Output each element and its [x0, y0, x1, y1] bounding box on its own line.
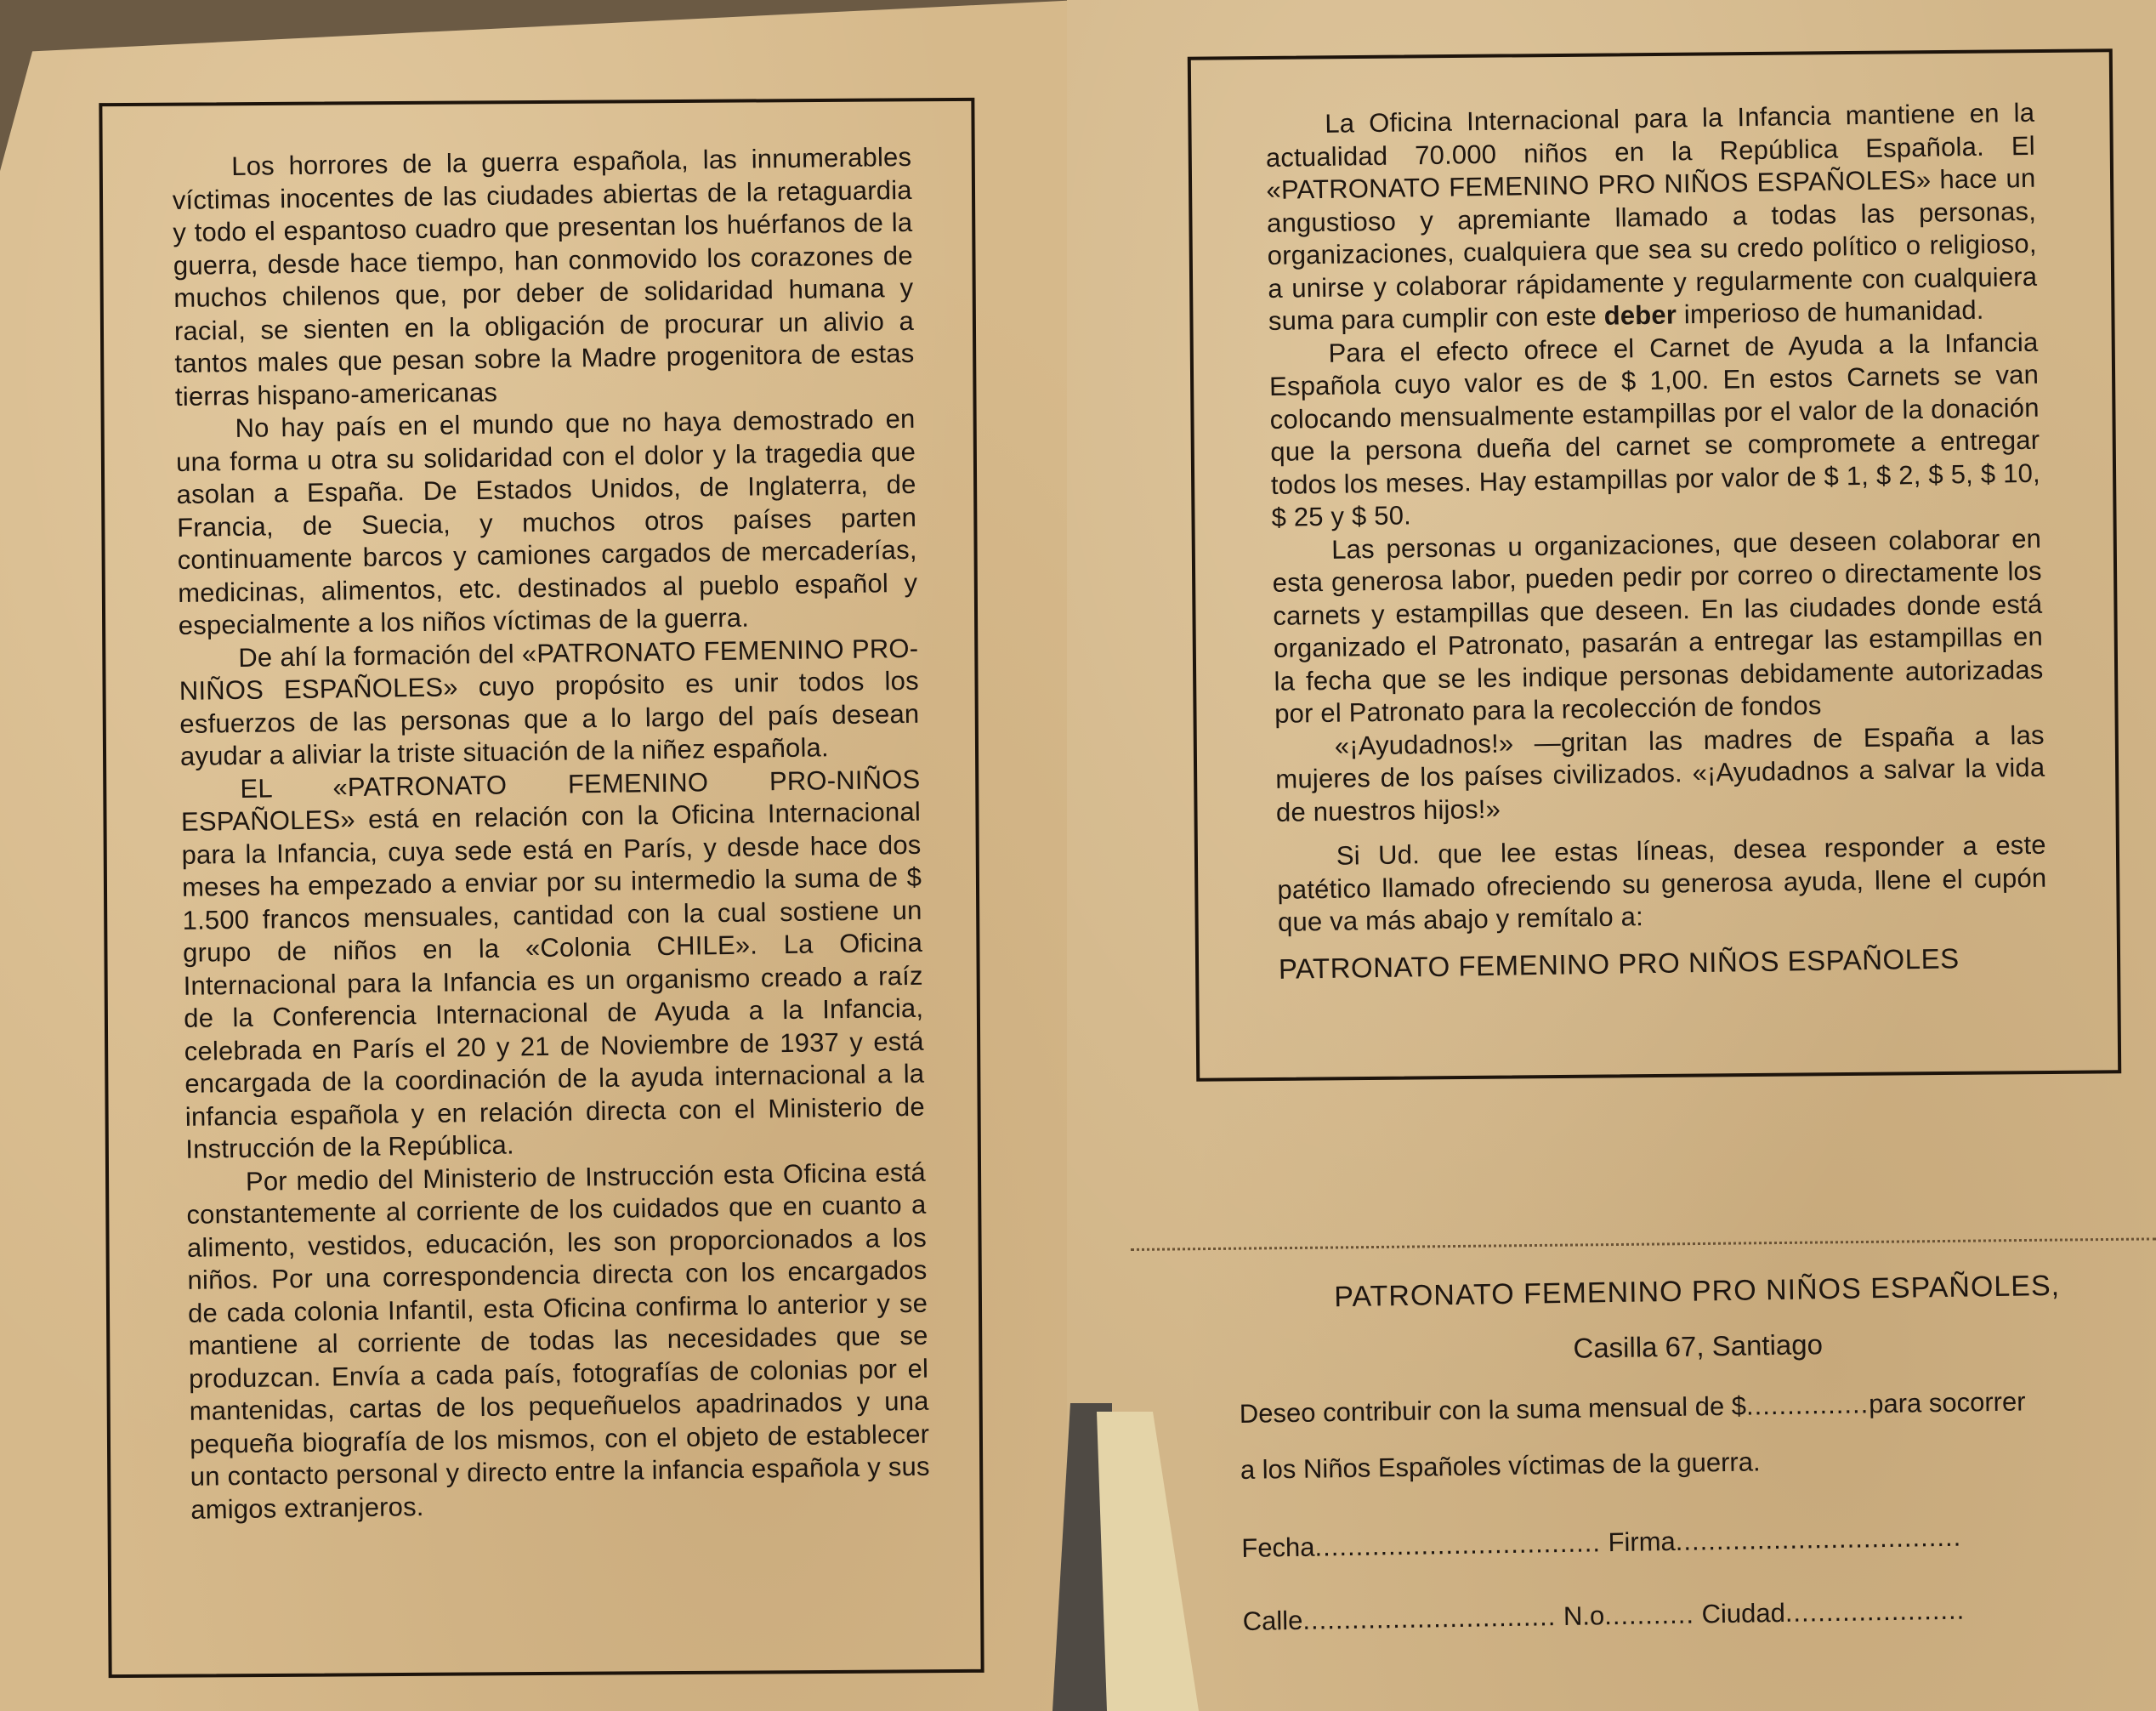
coupon-address: Casilla 67, Santiago	[1238, 1323, 2156, 1370]
fecha-label: Fecha	[1241, 1532, 1315, 1563]
left-page-body: Los horrores de la guerra española, las …	[172, 141, 930, 1526]
amount-field[interactable]: ...............	[1746, 1389, 1869, 1420]
numero-label: N.o	[1563, 1600, 1605, 1631]
firma-field[interactable]: ...................................	[1675, 1522, 1961, 1556]
emphasis-text: deber	[1603, 299, 1677, 330]
paragraph: Para el efecto ofrece el Carnet de Ayuda…	[1268, 326, 2041, 534]
paragraph: Las personas u organizaciones, que desee…	[1272, 522, 2045, 730]
paragraph: Por medio del Ministerio de Instrucción …	[186, 1156, 931, 1526]
paragraph: Si Ud. que lee estas líneas, desea respo…	[1277, 829, 2048, 940]
coupon-purpose-line: a los Niños Españoles víctimas de la gue…	[1240, 1441, 2156, 1486]
donation-coupon: PATRONATO FEMENINO PRO NIÑOS ESPAÑOLES, …	[1237, 1244, 2156, 1637]
ciudad-label: Ciudad	[1701, 1598, 1785, 1629]
coupon-amount-line: Deseo contribuir con la suma mensual de …	[1240, 1384, 2156, 1430]
right-page-body: La Oficina Internacional para la Infanci…	[1265, 97, 2048, 986]
paragraph: EL «PATRONATO FEMENINO PRO-NIÑOS ESPAÑOL…	[180, 763, 925, 1166]
amount-prefix: Deseo contribuir con la suma mensual de …	[1240, 1391, 1747, 1429]
coupon-fields-row-1: Fecha...................................…	[1241, 1519, 2156, 1564]
paragraph: No hay país en el mundo que no haya demo…	[175, 403, 918, 643]
paragraph: La Oficina Internacional para la Infanci…	[1265, 97, 2038, 338]
paragraph: De ahí la formación del «PATRONATO FEMEN…	[179, 632, 920, 773]
numero-field[interactable]: ...........	[1604, 1600, 1694, 1631]
paragraph: «¡Ayudadnos!» —gritan las madres de Espa…	[1274, 719, 2045, 829]
fecha-field[interactable]: ...................................	[1314, 1527, 1601, 1561]
calle-field[interactable]: ...............................	[1302, 1601, 1557, 1635]
firma-label: Firma	[1608, 1526, 1676, 1557]
coupon-org-name: PATRONATO FEMENINO PRO NIÑOS ESPAÑOLES,	[1237, 1268, 2156, 1316]
paragraph: Los horrores de la guerra española, las …	[172, 141, 915, 413]
calle-label: Calle	[1242, 1606, 1302, 1636]
amount-suffix: para socorrer	[1869, 1386, 2026, 1418]
ciudad-field[interactable]: ......................	[1785, 1595, 1966, 1628]
